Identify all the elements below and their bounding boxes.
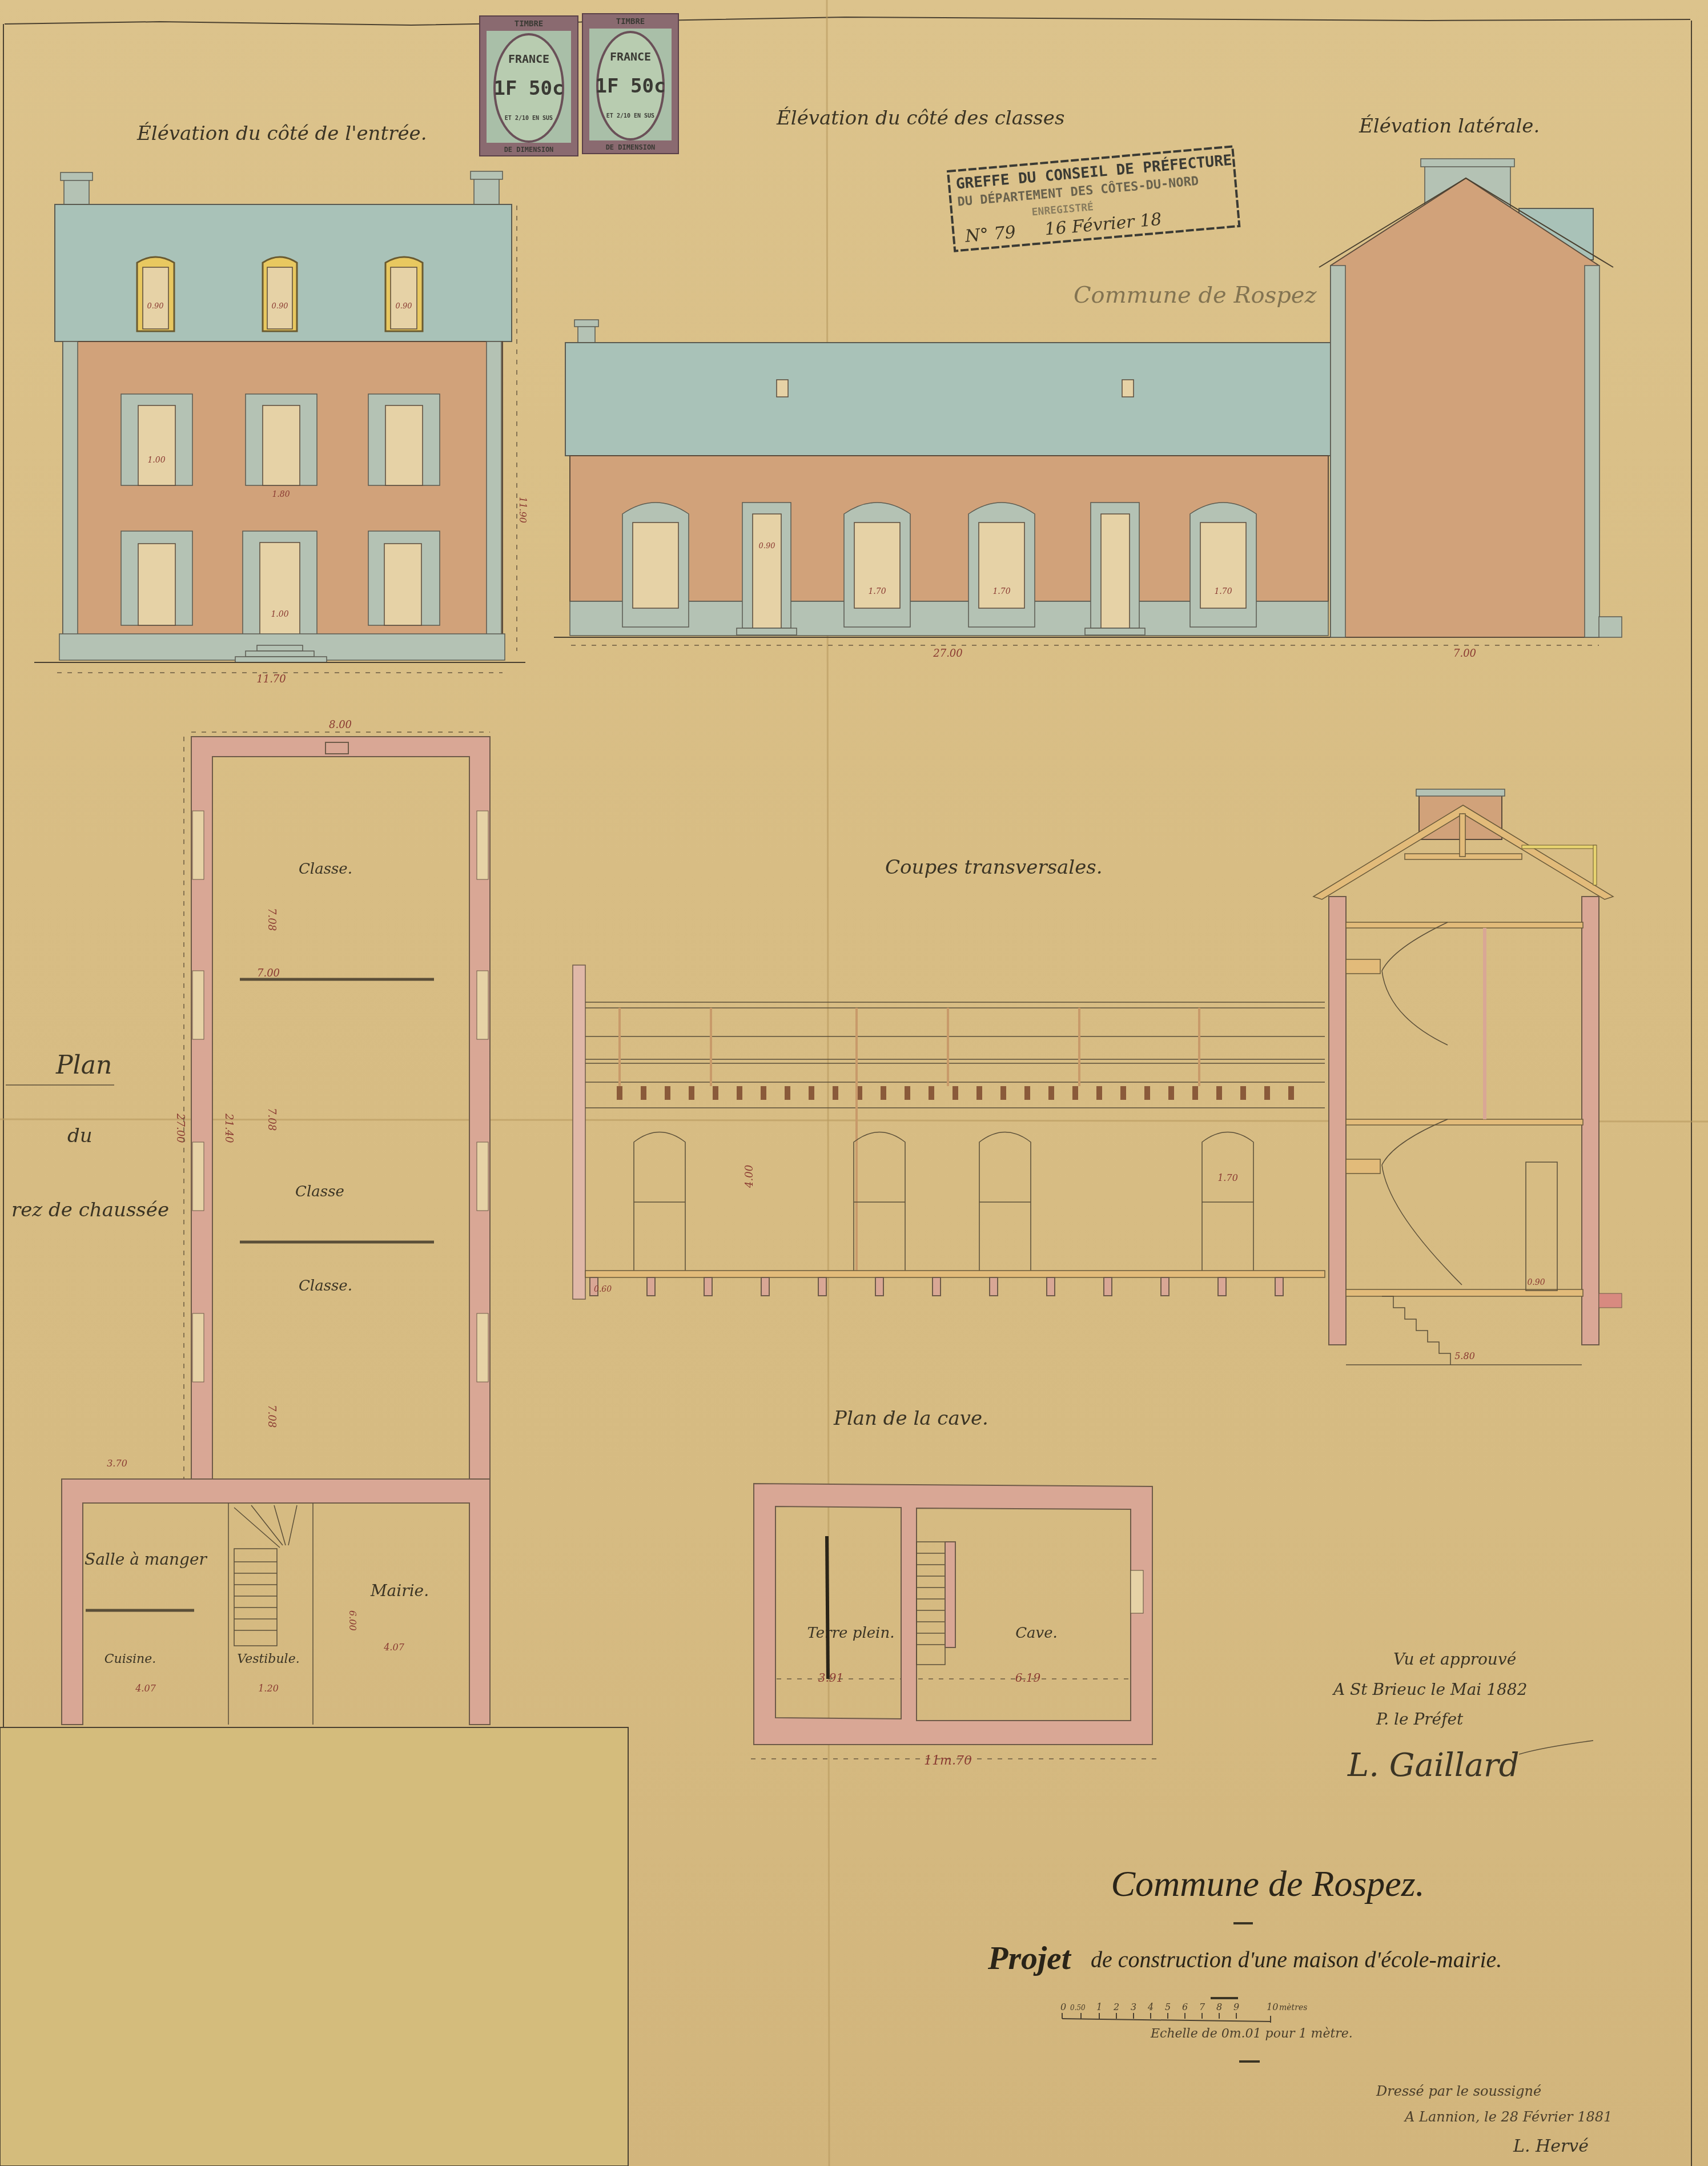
joist-ends <box>617 1086 1294 1100</box>
svg-text:1.70: 1.70 <box>1214 587 1232 596</box>
svg-text:N° 79: N° 79 <box>964 222 1017 247</box>
room-label-classe-3: Classe. <box>299 1277 352 1295</box>
svg-text:6: 6 <box>1182 2002 1188 2012</box>
svg-text:7.08: 7.08 <box>266 908 278 931</box>
svg-text:8.00: 8.00 <box>329 719 352 731</box>
transverse-sections: Coupes transversales. <box>573 789 1622 1365</box>
plan-title-2: du <box>67 1124 93 1147</box>
svg-text:DE DIMENSION: DE DIMENSION <box>606 143 656 151</box>
svg-text:11.70: 11.70 <box>256 673 286 685</box>
svg-text:6.19: 6.19 <box>1015 1671 1041 1685</box>
svg-text:1: 1 <box>1096 2002 1102 2012</box>
svg-text:1.70: 1.70 <box>992 587 1010 596</box>
tax-stamps: TIMBRE FRANCE 1F 50c ET 2/10 EN SUS DE D… <box>480 14 678 156</box>
svg-text:6.00: 6.00 <box>347 1610 358 1631</box>
svg-text:11.90: 11.90 <box>517 497 528 523</box>
staircase <box>234 1505 297 1646</box>
entrance-door <box>260 542 300 637</box>
svg-text:0.90: 0.90 <box>396 302 412 311</box>
approval-line2: A St Brieuc le Mai 1882 <box>1332 1680 1527 1699</box>
tax-stamp-1: TIMBRE FRANCE 1F 50c ET 2/10 EN SUS DE D… <box>480 16 578 156</box>
room-label-vestibule: Vestibule. <box>237 1652 299 1666</box>
title-elevation-entree: Élévation du côté de l'entrée. <box>136 122 427 145</box>
room-label-terre-plein: Terre plein. <box>807 1625 895 1642</box>
house-cross-section: 5.80 0.90 <box>1313 789 1622 1365</box>
svg-text:4.00: 4.00 <box>744 1165 755 1188</box>
title-elevation-laterale: Élévation latérale. <box>1359 114 1540 138</box>
svg-text:1.20: 1.20 <box>258 1683 279 1694</box>
room-label-classe-1: Classe. <box>299 861 352 878</box>
approval-block: Vu et approuvé A St Brieuc le Mai 1882 P… <box>1332 1650 1593 1784</box>
title-coupes: Coupes transversales. <box>885 856 1103 879</box>
svg-text:21.40: 21.40 <box>223 1113 235 1143</box>
room-label-salle: Salle à manger <box>85 1550 208 1569</box>
svg-text:3.70: 3.70 <box>107 1458 127 1469</box>
svg-text:4: 4 <box>1147 2002 1154 2012</box>
cellar-staircase <box>917 1542 955 1665</box>
room-label-cave: Cave. <box>1015 1625 1058 1642</box>
svg-text:10: 10 <box>1267 2002 1278 2012</box>
svg-text:8: 8 <box>1216 2002 1222 2012</box>
svg-text:ET 2/10 EN SUS: ET 2/10 EN SUS <box>505 115 553 122</box>
svg-text:FRANCE: FRANCE <box>610 50 651 63</box>
author-signature: L. Hervé <box>1513 2136 1589 2156</box>
svg-text:7.00: 7.00 <box>257 967 280 979</box>
svg-text:7.00: 7.00 <box>1453 648 1476 660</box>
ground-floor-plan: Plan du rez de chaussée 8.00 Classe. Cla… <box>6 719 490 1725</box>
svg-text:3: 3 <box>1131 2002 1136 2012</box>
svg-text:0.90: 0.90 <box>759 542 775 550</box>
svg-text:7.08: 7.08 <box>266 1108 278 1131</box>
svg-text:mètres: mètres <box>1279 2003 1307 2012</box>
upper-windows: 1.00 1.80 <box>121 394 440 499</box>
svg-text:7.08: 7.08 <box>266 1405 278 1428</box>
faded-stamp: Commune de Rospez <box>1074 282 1317 308</box>
svg-text:5.80: 5.80 <box>1454 1351 1475 1361</box>
sleeper-walls <box>590 1277 1283 1296</box>
approval-line1: Vu et approuvé <box>1393 1650 1516 1669</box>
project-title-lead: Projet <box>987 1939 1072 1976</box>
svg-text:4.07: 4.07 <box>383 1642 404 1653</box>
svg-text:FRANCE: FRANCE <box>508 52 549 66</box>
title-block: Commune de Rospez. Projet de constructio… <box>987 1863 1502 1976</box>
plan-title-3: rez de chaussée <box>11 1199 169 1221</box>
architectural-drawing-sheet: TIMBRE FRANCE 1F 50c ET 2/10 EN SUS DE D… <box>0 0 1708 2166</box>
svg-text:DE DIMENSION: DE DIMENSION <box>504 146 554 154</box>
svg-text:1.70: 1.70 <box>1217 1172 1238 1183</box>
svg-text:ET 2/10 EN SUS: ET 2/10 EN SUS <box>606 113 654 119</box>
svg-text:4.07: 4.07 <box>135 1683 156 1694</box>
overlay-paper-flap <box>0 1727 628 2166</box>
plan-title-1: Plan <box>55 1051 112 1080</box>
svg-text:27.00: 27.00 <box>174 1113 186 1143</box>
svg-text:1F 50c: 1F 50c <box>596 75 666 98</box>
scale-caption: Echelle de 0m.01 pour 1 mètre. <box>1150 2027 1353 2041</box>
svg-text:0.90: 0.90 <box>147 302 164 311</box>
commune-title: Commune de Rospez. <box>1111 1863 1424 1904</box>
approval-line3: P. le Préfet <box>1376 1710 1464 1729</box>
svg-text:3.91: 3.91 <box>818 1671 844 1685</box>
author-line1: Dressé par le soussigné <box>1376 2083 1541 2099</box>
svg-text:1F 50c: 1F 50c <box>494 77 564 100</box>
project-title-rest: de construction d'une maison d'école-mai… <box>1091 1947 1502 1972</box>
svg-text:1.00: 1.00 <box>147 456 165 465</box>
elevation-classes: 1.70 1.70 1.70 0.90 27.00 <box>554 320 1331 660</box>
author-block: Dressé par le soussigné A Lannion, le 28… <box>1376 2083 1612 2156</box>
svg-text:1.80: 1.80 <box>272 490 290 499</box>
svg-text:2: 2 <box>1113 2002 1119 2012</box>
svg-text:0: 0 <box>1060 2002 1066 2012</box>
room-label-classe-2: Classe <box>295 1183 344 1200</box>
room-label-cuisine: Cuisine. <box>105 1652 156 1666</box>
svg-text:0.90: 0.90 <box>272 302 288 311</box>
svg-text:1.00: 1.00 <box>271 610 288 619</box>
cellar-plan: Plan de la cave. Terre plein. Cave. 3.91… <box>751 1407 1159 1768</box>
svg-text:9: 9 <box>1233 2002 1239 2012</box>
room-label-mairie: Mairie. <box>370 1581 429 1600</box>
svg-text:0.60: 0.60 <box>594 1285 612 1294</box>
prefect-signature: L. Gaillard <box>1347 1747 1520 1784</box>
elevation-entrance: 0.90 0.90 0.90 1.00 1.80 <box>34 171 528 685</box>
greffe-stamp: GREFFE DU CONSEIL DE PRÉFECTURE DU DÉPAR… <box>948 146 1239 251</box>
svg-text:5: 5 <box>1165 2002 1171 2012</box>
title-elevation-classes: Élévation du côté des classes <box>776 106 1064 130</box>
tax-stamp-2: TIMBRE FRANCE 1F 50c ET 2/10 EN SUS DE D… <box>582 14 678 154</box>
author-line2: A Lannion, le 28 Février 1881 <box>1404 2109 1612 2125</box>
title-plan-cave: Plan de la cave. <box>833 1407 988 1430</box>
svg-text:7: 7 <box>1199 2002 1205 2012</box>
svg-text:TIMBRE: TIMBRE <box>515 19 544 29</box>
svg-text:1.70: 1.70 <box>868 587 886 596</box>
scale-bar: 0 0.50 1 2 3 4 5 6 7 8 9 10 mètres Echel… <box>1060 1997 1353 2063</box>
svg-text:27.00: 27.00 <box>933 648 963 660</box>
elevation-lateral: 7.00 <box>1319 159 1622 660</box>
svg-text:TIMBRE: TIMBRE <box>616 17 645 26</box>
svg-text:0.90: 0.90 <box>1527 1278 1545 1287</box>
svg-text:0.50: 0.50 <box>1070 2004 1086 2012</box>
svg-text:11m.70: 11m.70 <box>924 1754 972 1768</box>
